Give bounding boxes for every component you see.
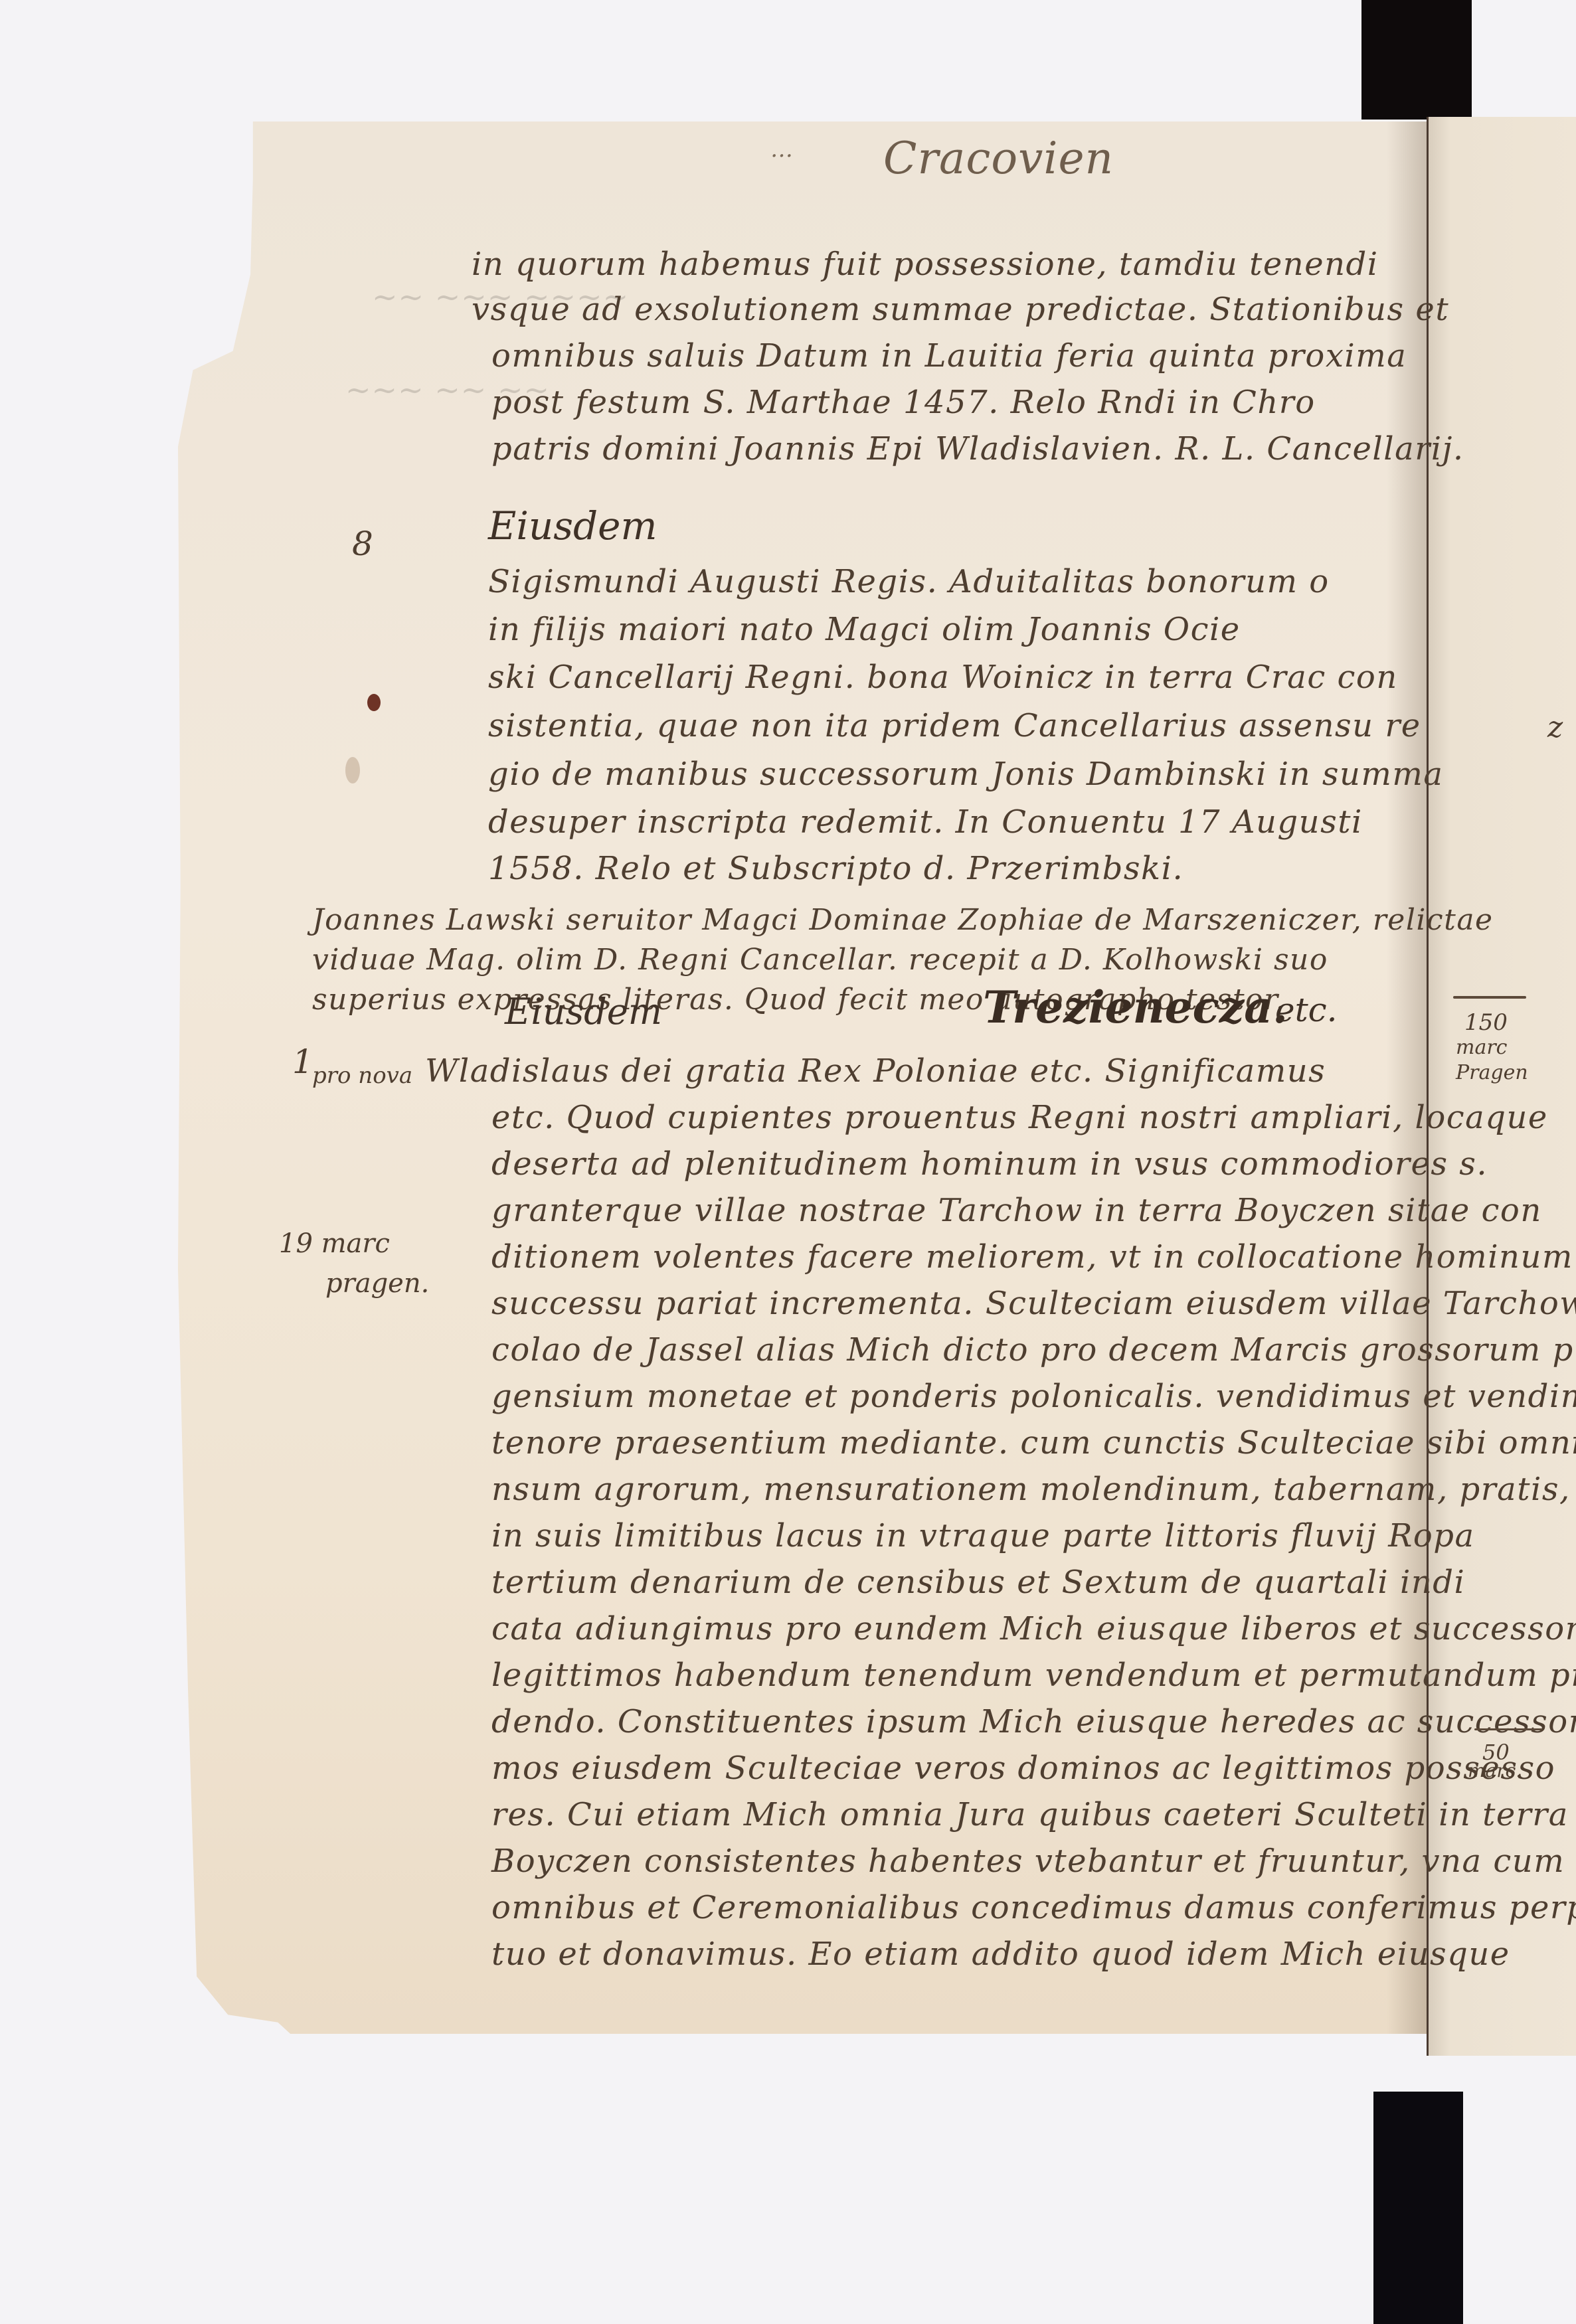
entry-number: 8 xyxy=(352,525,373,563)
text-line: legittimos habendum tenendum vendendum e… xyxy=(491,1657,1576,1694)
text-line: in quorum habemus fuit possessione, tamd… xyxy=(472,246,1379,283)
text-line: in filijs maiori nato Magci olim Joannis… xyxy=(488,611,1241,648)
text-line: colao de Jassel alias Mich dicto pro dec… xyxy=(491,1331,1576,1369)
header-faded-prefix: … xyxy=(770,136,794,163)
margin-rule xyxy=(1453,996,1526,999)
text-line: gio de manibus successorum Jonis Dambins… xyxy=(488,756,1444,793)
text-line: Wladislaus dei gratia Rex Poloniae etc. … xyxy=(425,1052,1326,1090)
text-line: cata adiungimus pro eundem Mich eiusque … xyxy=(491,1610,1576,1647)
text-line: res. Cui etiam Mich omnia Jura quibus ca… xyxy=(491,1796,1569,1833)
margin-unit: marc. xyxy=(1468,1760,1522,1782)
text-line: etc. Quod cupientes prouentus Regni nost… xyxy=(491,1099,1548,1136)
margin-unit: marc xyxy=(1456,1036,1507,1059)
text-line: patris domini Joannis Epi Wladislavien. … xyxy=(491,430,1464,467)
margin-note-line: 19 marc xyxy=(279,1228,390,1259)
margin-amount: 150 xyxy=(1464,1009,1508,1036)
text-line: vsque ad exsolutionem summae predictae. … xyxy=(472,291,1449,328)
text-line: nsum agrorum, mensurationem molendinum, … xyxy=(491,1471,1576,1508)
ink-stain xyxy=(367,694,381,711)
water-stain xyxy=(345,757,360,784)
text-line: ski Cancellarij Regni. bona Woinicz in t… xyxy=(488,659,1398,696)
text-line: tuo et donavimus. Eo etiam addito quod i… xyxy=(491,1936,1510,1973)
text-line: successu pariat incrementa. Sculteciam e… xyxy=(491,1285,1576,1322)
text-line: gensium monetae et ponderis polonicalis.… xyxy=(491,1378,1576,1415)
page-header-title: Cracovien xyxy=(883,133,1114,184)
entry-number: 1 xyxy=(292,1042,313,1081)
margin-rule xyxy=(1474,1728,1542,1730)
binding-strip-bottom xyxy=(1373,2092,1463,2324)
text-line: tertium denarium de censibus et Sextum d… xyxy=(491,1564,1465,1601)
text-line: sistentia, quae non ita pridem Cancellar… xyxy=(488,707,1421,744)
text-line: dendo. Constituentes ipsum Mich eiusque … xyxy=(491,1703,1576,1740)
entry-title: Trezienecza. xyxy=(983,981,1288,1033)
binding-strip-top xyxy=(1361,0,1472,120)
entry-heading: Eiusdem xyxy=(505,991,662,1033)
text-line: ditionem volentes facere meliorem, vt in… xyxy=(491,1238,1576,1276)
text-line: in suis limitibus lacus in vtraque parte… xyxy=(491,1517,1475,1554)
margin-note-line: pragen. xyxy=(325,1268,429,1299)
text-line: Joannes Lawski seruitor Magci Dominae Zo… xyxy=(312,903,1494,937)
text-line: viduae Mag. olim D. Regni Cancellar. rec… xyxy=(312,943,1328,977)
text-line: omnibus saluis Datum in Lauitia feria qu… xyxy=(491,337,1407,374)
margin-place: Pragen xyxy=(1456,1061,1528,1084)
entry-prefix: pro nova xyxy=(312,1062,412,1089)
text-line: post festum S. Marthae 1457. Relo Rndi i… xyxy=(491,384,1316,421)
text-line: tenore praesentium mediante. cum cunctis… xyxy=(491,1424,1576,1461)
text-line: mos eiusdem Sculteciae veros dominos ac … xyxy=(491,1750,1555,1787)
entry-title-suffix: etc. xyxy=(1275,991,1338,1029)
text-line: 1558. Relo et Subscripto d. Przerimbski. xyxy=(488,850,1183,887)
text-line: Sigismundi Augusti Regis. Aduitalitas bo… xyxy=(488,563,1330,600)
next-page-letter: z xyxy=(1547,710,1563,744)
text-line: granterque villae nostrae Tarchow in ter… xyxy=(491,1192,1542,1229)
text-line: omnibus et Ceremonialibus concedimus dam… xyxy=(491,1889,1576,1926)
text-line: Boyczen consistentes habentes vtebantur … xyxy=(491,1843,1565,1880)
entry-heading: Eiusdem xyxy=(488,503,657,548)
text-line: deserta ad plenitudinem hominum in vsus … xyxy=(491,1145,1488,1183)
text-line: desuper inscripta redemit. In Conuentu 1… xyxy=(488,803,1363,841)
